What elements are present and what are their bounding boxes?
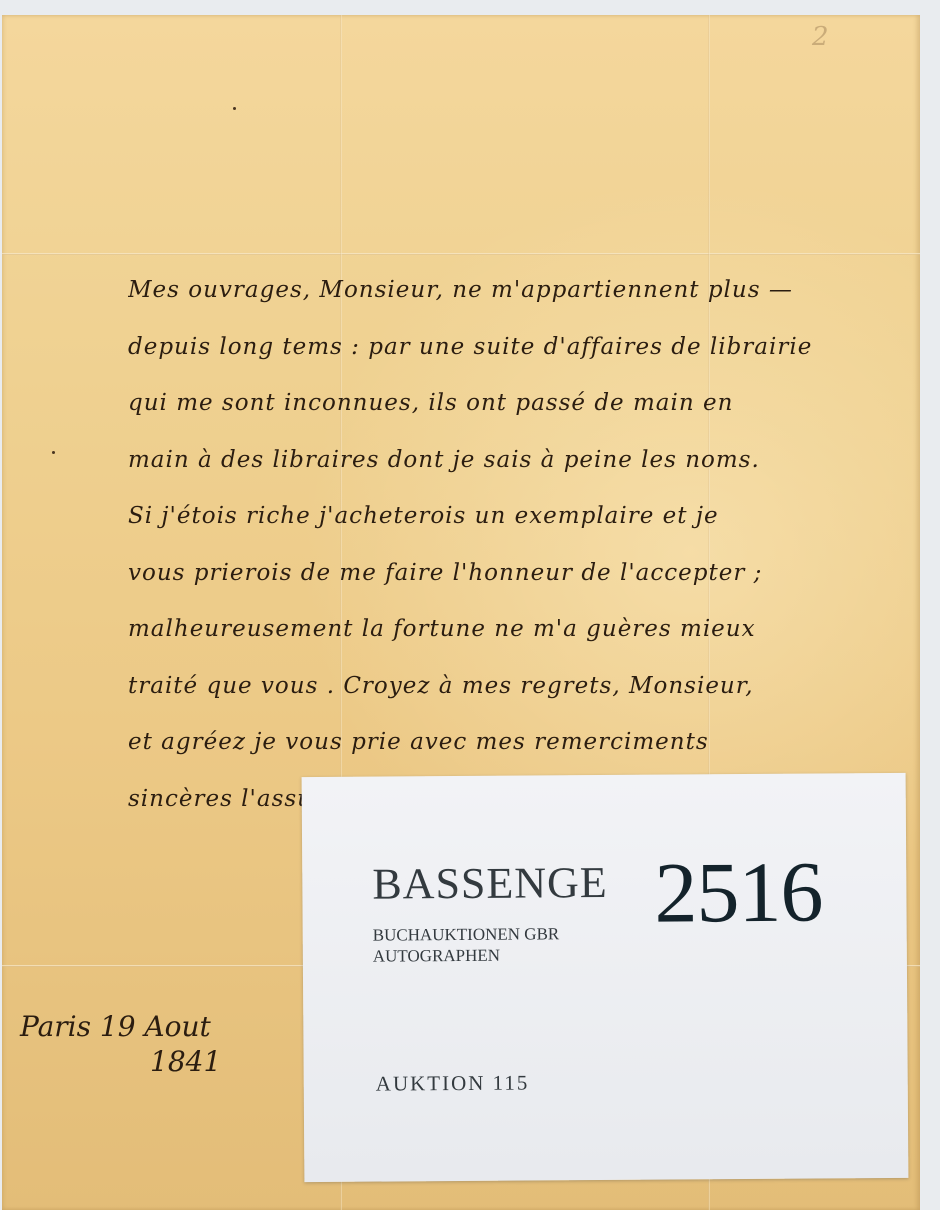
letter-line: malheureusement la fortune ne m'a guères… [128,601,918,658]
letter-line: Mes ouvrages, Monsieur, ne m'appartienne… [128,262,918,319]
paper-speck [52,451,55,454]
pencil-annotation: 2 [812,22,829,52]
auction-lot-label: BASSENGE BUCHAUKTIONEN GBR AUTOGRAPHEN 2… [302,773,909,1182]
dateline: Paris 19 Aout 1841 [20,1010,221,1078]
subtitle-line-1: BUCHAUKTIONEN GBR [373,923,560,945]
paper-speck [233,107,236,110]
letter-line: main à des libraires dont je sais à pein… [128,432,918,489]
letter-line: vous prierois de me faire l'honneur de l… [128,545,918,602]
letter-line: qui me sont inconnues, ils ont passé de … [128,375,918,432]
letter-line: traité que vous . Croyez à mes regrets, … [128,658,918,715]
letter-line: depuis long tems : par une suite d'affai… [128,319,918,376]
auction-house-subtitle: BUCHAUKTIONEN GBR AUTOGRAPHEN [373,923,560,966]
auction-number: AUKTION 115 [376,1071,530,1097]
auction-house-name: BASSENGE [372,857,608,910]
letter-line: Si j'étois riche j'acheterois un exempla… [128,488,918,545]
letter-line: et agréez je vous prie avec mes remercim… [128,714,918,771]
dateline-year: 1841 [150,1045,221,1078]
dateline-place-date: Paris 19 Aout [20,1010,211,1043]
lot-number: 2516 [654,841,823,942]
horizontal-fold-line [2,253,920,255]
letter-body: Mes ouvrages, Monsieur, ne m'appartienne… [128,262,918,827]
subtitle-line-2: AUTOGRAPHEN [373,944,560,966]
